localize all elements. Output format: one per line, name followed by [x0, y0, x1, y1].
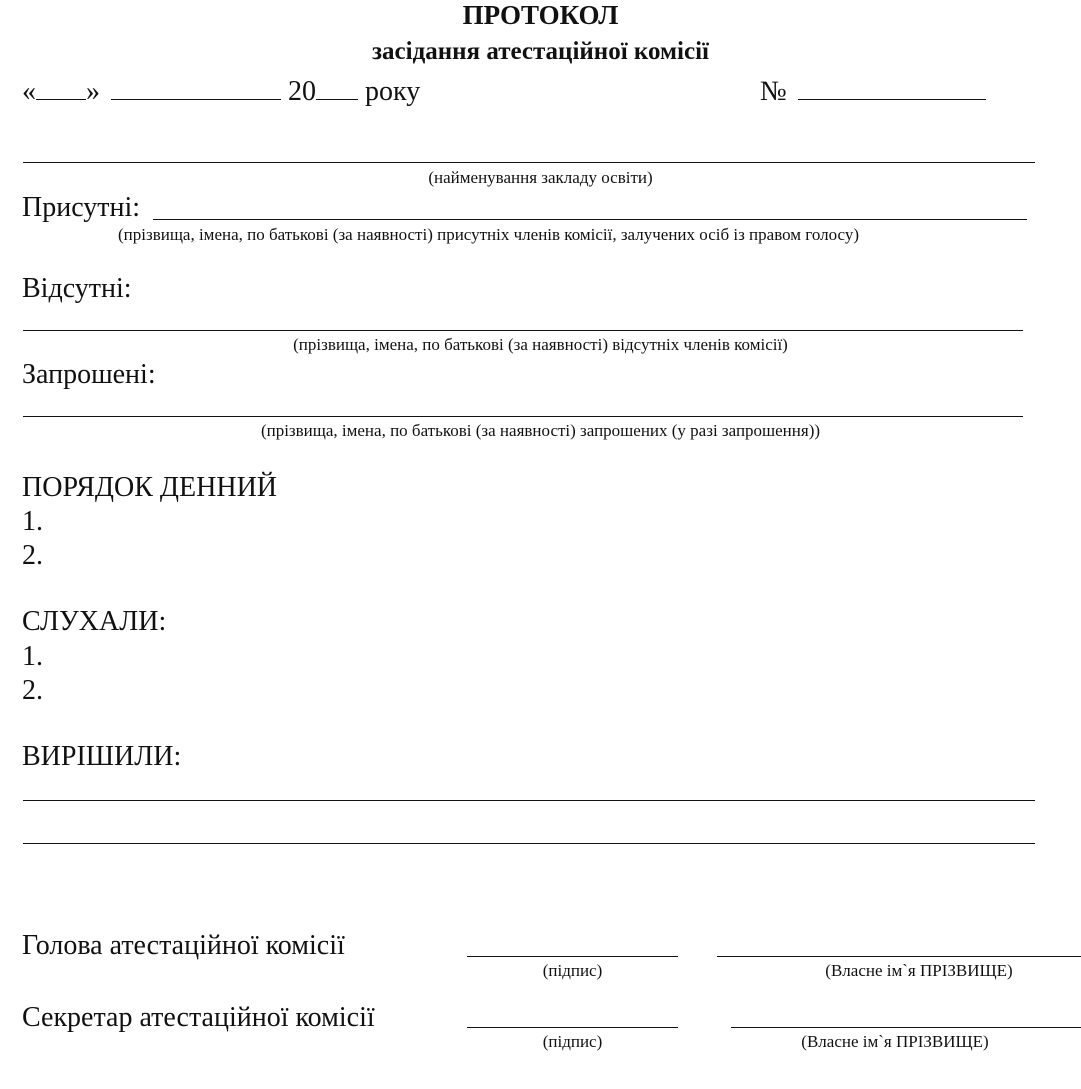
chair-role: Голова атестаційної комісії	[22, 930, 345, 962]
chair-name-field[interactable]	[717, 956, 1081, 957]
number-line: №	[760, 76, 986, 108]
heard-heading: СЛУХАЛИ:	[22, 606, 166, 638]
secretary-name-field[interactable]	[731, 1027, 1081, 1028]
year-suffix: року	[365, 76, 420, 107]
present-caption: (прізвища, імена, по батькові (за наявно…	[118, 225, 859, 245]
absent-caption: (прізвища, імена, по батькові (за наявно…	[0, 335, 1081, 355]
decided-field-1[interactable]	[23, 800, 1035, 801]
number-field[interactable]	[798, 77, 986, 100]
year-prefix: 20	[288, 76, 316, 107]
date-line: «» 20 року	[22, 76, 420, 108]
institution-field[interactable]	[23, 162, 1035, 163]
institution-caption: (найменування закладу освіти)	[0, 168, 1081, 188]
secretary-name-caption: (Власне ім`я ПРІЗВИЩЕ)	[720, 1032, 1070, 1052]
secretary-signature-field[interactable]	[467, 1027, 678, 1028]
number-sign: №	[760, 76, 787, 107]
open-quote: «	[22, 76, 36, 107]
present-label: Присутні:	[22, 192, 140, 224]
decided-heading: ВИРІШИЛИ:	[22, 741, 181, 773]
month-field[interactable]	[111, 77, 281, 100]
decided-field-2[interactable]	[23, 843, 1035, 844]
invited-field[interactable]	[23, 416, 1023, 417]
secretary-signature-caption: (підпис)	[467, 1032, 678, 1052]
day-field[interactable]	[36, 77, 86, 100]
chair-name-caption: (Власне ім`я ПРІЗВИЩЕ)	[737, 961, 1081, 981]
agenda-item-2: 2.	[22, 540, 43, 572]
absent-field[interactable]	[23, 330, 1023, 331]
heard-item-2: 2.	[22, 675, 43, 707]
document-title: ПРОТОКОЛ	[0, 0, 1081, 31]
agenda-heading: ПОРЯДОК ДЕННИЙ	[22, 472, 277, 504]
year-field[interactable]	[316, 77, 358, 100]
secretary-role: Секретар атестаційної комісії	[22, 1002, 375, 1034]
heard-item-1: 1.	[22, 641, 43, 673]
invited-label: Запрошені:	[22, 359, 156, 391]
close-quote: »	[86, 76, 100, 107]
document-subtitle: засідання атестаційної комісії	[0, 38, 1081, 66]
agenda-item-1: 1.	[22, 506, 43, 538]
chair-signature-caption: (підпис)	[467, 961, 678, 981]
absent-label: Відсутні:	[22, 273, 132, 305]
chair-signature-field[interactable]	[467, 956, 678, 957]
present-field[interactable]	[153, 219, 1027, 220]
invited-caption: (прізвища, імена, по батькові (за наявно…	[0, 421, 1081, 441]
